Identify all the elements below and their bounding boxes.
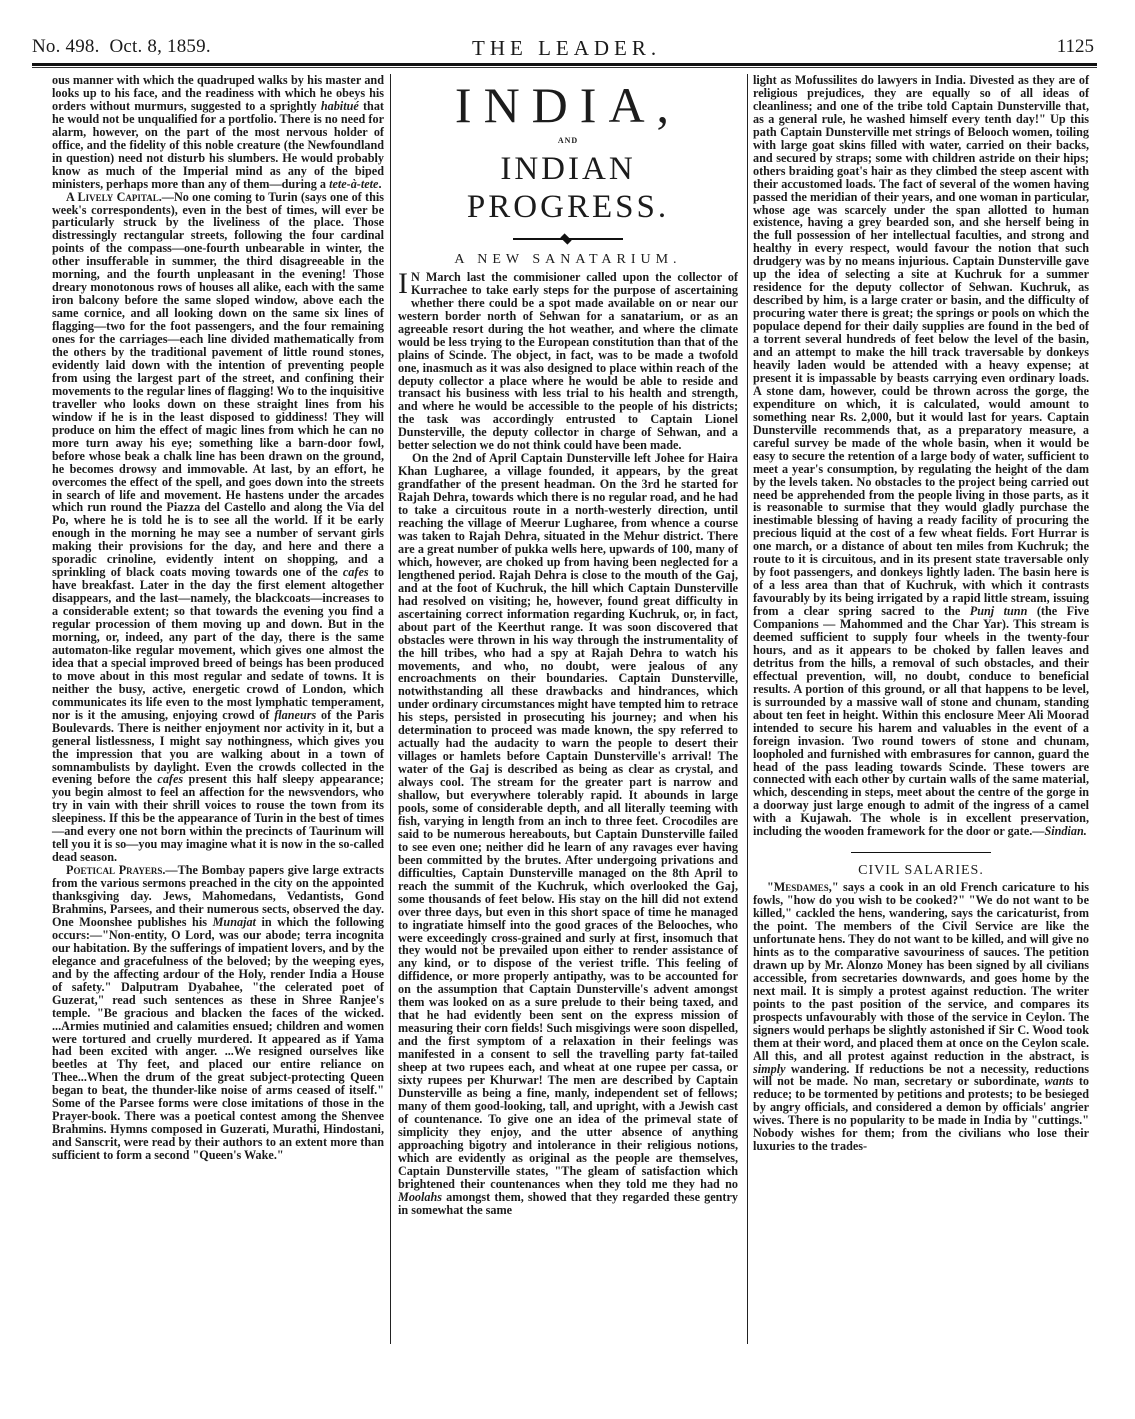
column-1: ous manner with which the quadruped walk…: [52, 74, 384, 1162]
column-divider-1: [390, 74, 391, 1344]
article-paragraph: IN March last the commisioner called upo…: [398, 271, 738, 452]
article-heading-civil-salaries: CIVIL SALARIES.: [753, 865, 1089, 878]
ornamental-rule-icon: [513, 238, 623, 240]
article-civil-salaries: "Mesdames," says a cook in an old French…: [753, 881, 1089, 1153]
italic-text: Punj tunn: [970, 604, 1028, 618]
italic-text: cafes: [157, 772, 183, 786]
masthead: No. 498. Oct. 8, 1859. THE LEADER. 1125: [32, 36, 1094, 62]
column-2: INDIA, AND INDIAN PROGRESS. A NEW SANATA…: [398, 78, 738, 1216]
italic-text: wants: [1045, 1074, 1074, 1088]
section-title-india: INDIA,: [398, 78, 738, 132]
text-run: wandering. If reductions be not a necess…: [753, 1062, 1089, 1089]
masthead-rule-thick: [32, 63, 1097, 66]
paragraph-heading: A Lively Capital.: [66, 190, 162, 204]
issue-number: No. 498.: [32, 36, 100, 57]
issue-date: Oct. 8, 1859.: [109, 36, 210, 57]
column-3: light as Mofussilites do lawyers in Indi…: [753, 74, 1089, 1153]
text-run: present this half sleepy appearance; you…: [52, 772, 384, 864]
article-paragraph: On the 2nd of April Captain Dunsterville…: [398, 452, 738, 1216]
article-poetical-prayers: Poetical Prayers.—The Bombay papers give…: [52, 864, 384, 1162]
newspaper-title: THE LEADER.: [472, 36, 661, 61]
paragraph-heading: Poetical Prayers.: [66, 863, 165, 877]
text-run: (the Five Companions — Mahommed and the …: [753, 604, 1089, 838]
article-lively-capital: A Lively Capital.—No one coming to Turin…: [52, 191, 384, 865]
text-run: On the 2nd of April Captain Dunsterville…: [398, 451, 738, 1190]
issue-and-date: No. 498. Oct. 8, 1859.: [32, 36, 211, 58]
text-run: says a cook in an old French caricature …: [753, 880, 1089, 1062]
column-divider-2: [747, 74, 748, 1344]
italic-text: Munajat: [213, 915, 256, 929]
masthead-rule-thin: [32, 67, 1097, 68]
text-run: light as Mofussilites do lawyers in Indi…: [753, 73, 1089, 618]
text-run: in which the following occurs:—"Non-enti…: [52, 915, 384, 1162]
article-continuation: ous manner with which the quadruped walk…: [52, 74, 384, 191]
italic-text: habitué: [321, 99, 359, 113]
italic-text: flaneurs: [274, 708, 316, 722]
text-run: .: [378, 177, 381, 191]
section-title-indian-progress: INDIAN PROGRESS.: [398, 150, 738, 226]
drop-cap: I: [398, 271, 408, 297]
text-run: —No one coming to Turin (says one of thi…: [52, 190, 384, 580]
text-run: to have breakfast. Later in the day the …: [52, 565, 384, 721]
article-heading-sanatarium: A NEW SANATARIUM.: [398, 254, 738, 267]
italic-text: Moolahs: [398, 1190, 442, 1204]
source-credit: Sindian.: [1044, 824, 1086, 838]
page-number: 1125: [1057, 36, 1094, 58]
text-run: amongst them, showed that they regarded …: [398, 1190, 738, 1217]
article-separator: [851, 852, 991, 853]
text-run: N March last the commisioner called upon…: [398, 270, 738, 452]
paragraph-lead: "Mesdames,": [767, 880, 839, 894]
italic-text: cafes: [343, 565, 369, 579]
italic-text: tete-à-tete: [329, 177, 378, 191]
article-continuation: light as Mofussilites do lawyers in Indi…: [753, 74, 1089, 838]
section-title-and: AND: [398, 135, 738, 148]
italic-text: simply: [753, 1062, 786, 1076]
